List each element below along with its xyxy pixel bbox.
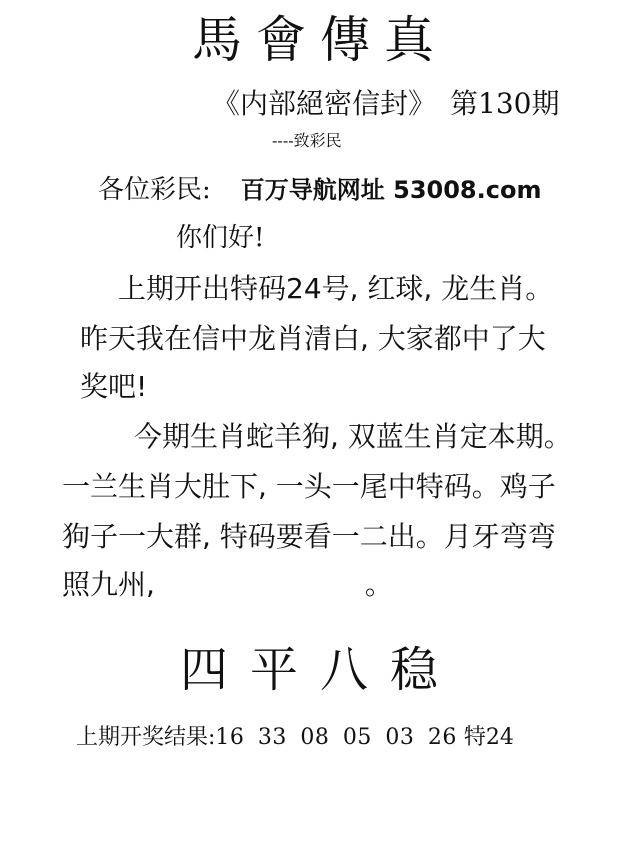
site-banner-link[interactable]: 百万导航网址 53008.com bbox=[241, 176, 542, 204]
salutation: 各位彩民: bbox=[98, 175, 211, 205]
signoff: ----致彩民 bbox=[272, 130, 342, 152]
paragraph2-line: 今期生肖蛇羊狗, 双蓝生肖定本期。 bbox=[134, 414, 572, 460]
paragraph1-line: 昨天我在信中龙肖清白, 大家都中了大 bbox=[80, 316, 546, 362]
hello-text: 你们好! bbox=[176, 220, 264, 256]
paragraph2-line: 照九州, bbox=[62, 568, 155, 601]
slogan: 四平八稳 bbox=[0, 640, 640, 700]
greeting-row: 各位彩民:百万导航网址 53008.com bbox=[98, 172, 541, 208]
subtitle: 《内部絕密信封》 bbox=[212, 87, 436, 120]
paragraph1-line: 上期开出特码24号, 红球, 龙生肖。 bbox=[118, 266, 553, 312]
issue-number: 第130期 bbox=[450, 87, 559, 120]
paragraph2-line: 一兰生肖大肚下, 一头一尾中特码。鸡子 bbox=[62, 464, 556, 510]
subtitle-row: 《内部絕密信封》第130期 bbox=[212, 84, 559, 124]
last-result-numbers: 16 33 08 05 03 26 bbox=[215, 725, 456, 750]
last-result: 上期开奖结果:16 33 08 05 03 26 特24 bbox=[76, 722, 514, 754]
special-number: 24 bbox=[486, 725, 514, 750]
end-mark: 。 bbox=[365, 568, 393, 601]
document-title: 馬會傳真 bbox=[0, 10, 640, 70]
last-result-label: 上期开奖结果: bbox=[76, 725, 215, 750]
paragraph2-line: 狗子一大群, 特码要看一二出。月牙弯弯 bbox=[62, 514, 556, 560]
paragraph2-last-line: 照九州,。 bbox=[62, 562, 393, 608]
paragraph1-line: 奖吧! bbox=[80, 364, 147, 410]
special-label: 特 bbox=[464, 725, 486, 750]
